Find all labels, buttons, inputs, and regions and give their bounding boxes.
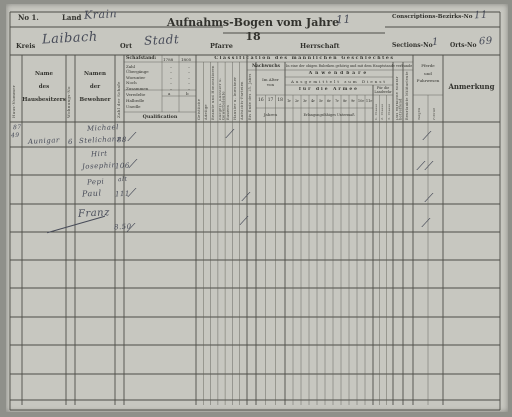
- landwehr-class-2: 2. Classe: [381, 97, 384, 120]
- inhabitant-row1-firstname: Michael: [87, 123, 119, 133]
- sheep-year-1805: 1805: [181, 57, 191, 62]
- sheep-sub-col-a: a: [168, 91, 170, 96]
- age-17: 17: [266, 98, 276, 104]
- age-18: 18: [275, 98, 285, 104]
- form-number-label: No 1.: [18, 14, 39, 23]
- dwelling-number-entry: 6: [68, 138, 73, 146]
- sheep-row-worunter: Worunter: [126, 75, 145, 80]
- house-number-entry-b: 49: [11, 132, 20, 139]
- sheep-sub-col-b: b: [186, 91, 189, 96]
- conscription-district-label: Conscriptions-Bezirks-No: [392, 14, 473, 21]
- height-class-3: 3r: [301, 99, 309, 103]
- jahren-label: Jahren: [256, 112, 285, 117]
- sheep-stock-title: Schafstand:: [126, 56, 156, 62]
- militar-column-label: Das wirkliche Militär betreffend: [396, 64, 403, 120]
- inhabitant-row2-firstname: Hirt: [91, 150, 108, 159]
- ausgemittelt-label: Ausgemittelt zum Dienst: [285, 79, 393, 84]
- land-value-handwritten: Krain: [84, 7, 118, 22]
- sheep-breed-rows: Veredelte Halbedle Unedle: [126, 92, 145, 109]
- dwelling-number-column-label: Wohnungs-No: [67, 60, 71, 118]
- row3-note: alt: [118, 176, 128, 183]
- beurlaubte-column-label: Beurlaubte Militärleute: [406, 64, 410, 120]
- class-col-geistliche: Geistliche: [198, 64, 202, 120]
- class-col-aufsicht: Aufsichts-Parteien: [241, 64, 245, 120]
- ort-label: Ort: [120, 42, 132, 50]
- pfarre-label: Pfarre: [210, 42, 233, 50]
- armee-label: für die Armee: [285, 87, 373, 93]
- pferde-title: Pferde und Fuhrwesen: [413, 62, 443, 85]
- class-col-bauern: Bauern: [227, 64, 231, 120]
- section-number-value: 1: [432, 37, 439, 48]
- height-class-6: 6r: [325, 99, 333, 103]
- class-col-gewerbsleute: Bürgerl. Künstler u. Gewerbsleute: [219, 64, 226, 120]
- landwehr-title: Für die Landwehr: [372, 86, 394, 95]
- height-class-2: 2r: [293, 99, 301, 103]
- height-class-11: 11r: [365, 99, 373, 103]
- pferde-sub-pferde: Pferde: [433, 97, 436, 120]
- sheep-dash-column-1: – – – – –: [170, 64, 172, 92]
- sheep-row-uebergaenge: Übergänge: [126, 69, 149, 74]
- anwendbare-label: Anwendbare: [285, 71, 393, 77]
- landwehr-class-1: 1. Classe: [375, 97, 378, 120]
- nachwuchs-title: Nachwuchs: [247, 64, 285, 70]
- ort-value-handwritten: Stadt: [144, 32, 180, 48]
- height-class-7: 7r: [333, 99, 341, 103]
- form-title: Aufnahms-Bogen vom Jahre 18: [160, 16, 346, 44]
- house-number-column-label: Haus-Nummer: [12, 60, 16, 118]
- height-class-1: 1r: [285, 99, 293, 103]
- classification-title: Classification des männlichen Geschlecht…: [196, 56, 413, 62]
- scanned-census-form: No 1. Land Krain Aufnahms-Bogen vom Jahr…: [0, 0, 512, 417]
- inhabitants-column-label: Namen der Bewohner: [75, 68, 115, 108]
- class-col-haeusler: Häusler u. Inwohner: [234, 64, 238, 120]
- sheep-row-noch: Noch: [126, 80, 137, 85]
- sheep-row-zahl: Zahl: [126, 64, 135, 69]
- herrschaft-label: Herrschaft: [300, 42, 339, 50]
- height-class-4: 4r: [309, 99, 317, 103]
- qualification-label: Qualification: [124, 114, 196, 120]
- height-class-10: 10r: [357, 99, 365, 103]
- anmerkung-column-label: Anmerkung: [443, 83, 500, 92]
- kreis-label: Kreis: [16, 42, 35, 50]
- pferde-sub-wagen: Wagen: [418, 97, 421, 120]
- house-number-entry-a: 87: [13, 124, 22, 131]
- nachwuchs-under15-label: Bis Ende des 15. Jahrs: [249, 72, 253, 120]
- rubriken-note: In eine der obigen Rubriken gehörig und …: [286, 64, 412, 68]
- land-label: Land: [62, 14, 81, 23]
- sheep-row-zusammen: Zusammen: [126, 86, 148, 91]
- owner-name-entry: Aunigar: [28, 136, 60, 146]
- conscription-district-value: 11: [474, 10, 488, 22]
- row1-count: 88: [117, 136, 127, 145]
- sheep-year-1788: 1788: [163, 57, 173, 62]
- untermass-label: Erlangungsfähiges Untermaß: [285, 113, 373, 117]
- height-class-8: 8r: [341, 99, 349, 103]
- landwehr-class-3: 3. Classe: [388, 97, 391, 120]
- inhabitant-row3-firstname: Pepi: [87, 178, 105, 187]
- class-col-adelige: Adelige: [205, 64, 209, 120]
- sheep-dash-column-2: – – – – –: [188, 64, 190, 92]
- house-owner-column-label: Name des Hausbesitzers: [22, 68, 66, 108]
- inhabitant-row3-surname: Paul: [82, 188, 102, 198]
- orts-number-label: Orts-No: [450, 42, 477, 50]
- kreis-value-handwritten: Laibach: [42, 30, 98, 48]
- height-class-9: 9r: [349, 99, 357, 103]
- age-16: 16: [256, 98, 266, 104]
- class-col-beamte: Beamte und Honoratioren: [212, 64, 216, 120]
- sheep-count-column-label: Zahl der Schafe: [117, 60, 121, 118]
- age-range-label: Im Alter von: [256, 77, 285, 87]
- section-number-label: Sections-No: [392, 42, 433, 50]
- year-handwritten: 11: [336, 13, 352, 27]
- orts-number-value: 69: [479, 36, 493, 48]
- height-class-5: 5r: [317, 99, 325, 103]
